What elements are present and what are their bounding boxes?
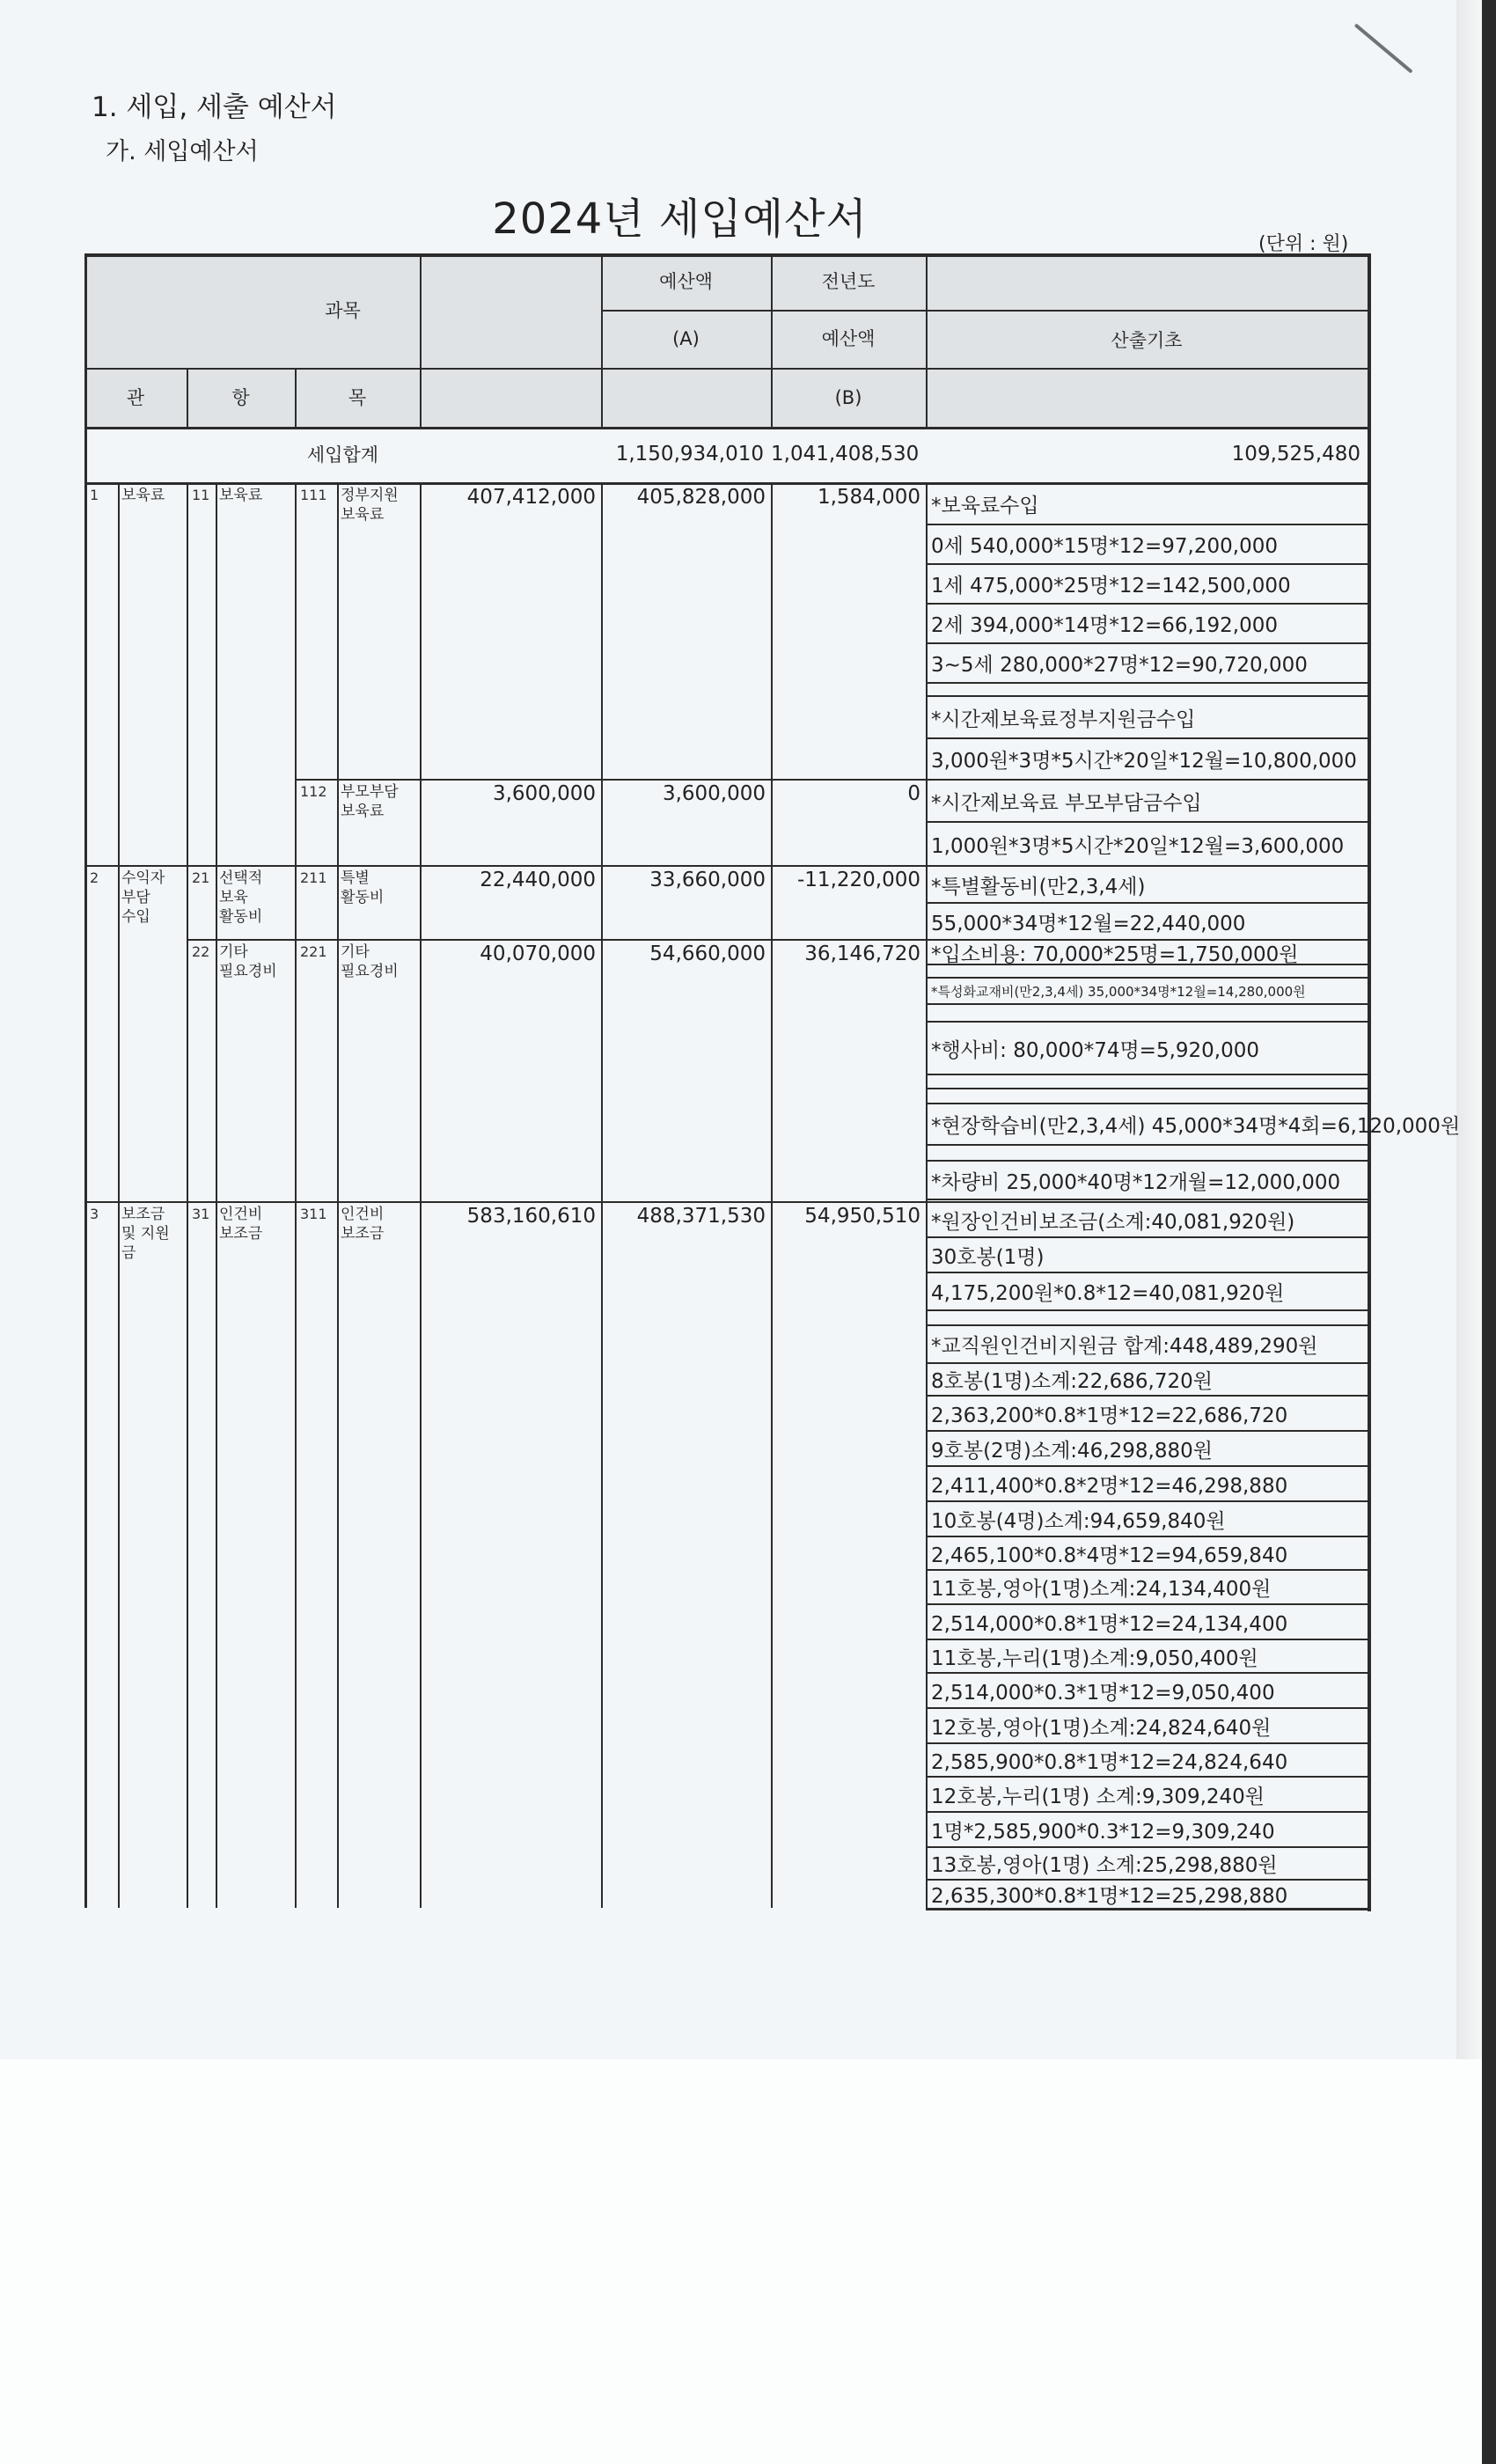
mok-budget: 407,412,000 [420,482,599,517]
basis-line: *행사비: 80,000*74명=5,920,000 [926,1021,1368,1074]
basis-line: *입소비용: 70,000*25명=1,750,000원 [926,939,1368,964]
basis-line: 12호봉,누리(1명) 소계:9,309,240원 [926,1776,1368,1811]
mok-prev-budget: 3,600,000 [601,779,769,814]
table-rule [84,427,1368,429]
table-rule [771,482,773,1908]
basis-line: *원장인건비보조금(소계:40,081,920원) [926,1201,1368,1236]
basis-line: 4,175,200원*0.8*12=40,081,920원 [926,1272,1368,1309]
table-rule [771,253,773,427]
hang-name: 선택적 보육 활동비 [216,865,295,944]
table-rule [295,482,297,1908]
table-rule [295,368,297,427]
hang-code: 11 [187,482,216,517]
basis-line: *시간제보육료정부지원금수입 [926,695,1368,737]
basis-line: *보육료수입 [926,482,1368,524]
table-rule [118,482,120,1908]
header-prev-year: 전년도 [771,253,926,310]
basis-line [926,964,1368,977]
basis-line: 1세 475,000*25명*12=142,500,000 [926,563,1368,603]
table-rule [187,482,188,1908]
total-budget: 1,150,934,010 [601,427,767,482]
basis-line: 2,465,100*0.8*4명*12=94,659,840 [926,1536,1368,1569]
basis-line [926,1088,1368,1103]
mok-name: 인건비 보조금 [337,1201,420,1263]
mok-code: 221 [295,939,337,974]
mok-budget: 22,440,000 [420,865,599,900]
basis-line: *시간제보육료 부모부담금수입 [926,779,1368,821]
basis-line: 3,000원*3명*5시간*20일*12월=10,800,000 [926,737,1368,779]
basis-line: 1명*2,585,900*0.3*12=9,309,240 [926,1811,1368,1846]
table-rule [187,368,188,427]
basis-line: *특별활동비(만2,3,4세) [926,865,1368,902]
table-rule [295,779,926,781]
mok-code: 211 [295,865,337,900]
total-prev: 1,041,408,530 [771,427,922,482]
basis-line: 13호봉,영아(1명) 소계:25,298,880원 [926,1846,1368,1879]
header-budget: 예산액 [601,253,771,310]
header-hang: 항 [187,368,295,427]
header-mok: 목 [295,368,420,427]
basis-line: 0세 540,000*15명*12=97,200,000 [926,524,1368,563]
basis-line: 2,635,300*0.8*1명*12=25,298,880 [926,1879,1368,1908]
mok-prev-budget: 33,660,000 [601,865,769,900]
basis-line: 2세 394,000*14명*12=66,192,000 [926,603,1368,642]
table-rule [601,482,603,1908]
hang-code: 31 [187,1201,216,1236]
basis-line [926,1074,1368,1088]
basis-line: 9호봉(2명)소계:46,298,880원 [926,1430,1368,1465]
mok-prev-budget: 405,828,000 [601,482,769,517]
table-rule [84,482,86,1908]
mok-name: 특별 활동비 [337,865,420,927]
mok-budget: 583,160,610 [420,1201,599,1236]
table-rule [420,253,422,427]
table-rule [84,1201,926,1203]
basis-line: 8호봉(1명)소계:22,686,720원 [926,1362,1368,1395]
header-budget-a: (A) [601,310,771,368]
mok-name: 부모부담 보육료 [337,779,420,840]
basis-line: *차량비 25,000*40명*12개월=12,000,000 [926,1160,1368,1199]
header-gwan: 관 [84,368,187,427]
basis-line [926,1309,1368,1324]
basis-line: 55,000*34명*12월=22,440,000 [926,902,1368,939]
mok-code: 112 [295,779,337,814]
mok-diff: 36,146,720 [771,939,924,974]
gwan-name: 보육료 [118,482,187,561]
table-rule [420,482,422,1908]
revenue-budget-table: 과목예산액(A)전년도예산액(B)증감、(A-B)산출기초관항목세입합계1,15… [0,0,1496,2464]
table-rule [84,368,1368,370]
mok-budget: 40,070,000 [420,939,599,974]
basis-line: 3~5세 280,000*27명*12=90,720,000 [926,642,1368,682]
table-rule [601,310,1368,312]
mok-diff: 0 [771,779,924,814]
header-prev-budget: 예산액 [771,310,926,368]
total-diff: 109,525,480 [926,427,1364,482]
basis-line: 30호봉(1명) [926,1236,1368,1272]
basis-line: *현장학습비(만2,3,4세) 45,000*34명*4회=6,120,000원 [926,1103,1368,1144]
basis-line: 2,363,200*0.8*1명*12=22,686,720 [926,1395,1368,1430]
mok-diff: 54,950,510 [771,1201,924,1236]
basis-line: *특성화교재비(만2,3,4세) 35,000*34명*12월=14,280,0… [926,977,1368,1003]
gwan-name: 보조금 및 지원 금 [118,1201,187,1280]
header-subject: 과목 [84,253,601,368]
mok-name: 정부지원 보육료 [337,482,420,544]
mok-prev-budget: 488,371,530 [601,1201,769,1236]
mok-budget: 3,600,000 [420,779,599,814]
mok-diff: 1,584,000 [771,482,924,517]
hang-code: 21 [187,865,216,900]
mok-prev-budget: 54,660,000 [601,939,769,974]
basis-line [926,1144,1368,1160]
mok-code: 111 [295,482,337,517]
basis-line: 2,514,000*0.8*1명*12=24,134,400 [926,1603,1368,1639]
basis-line: 1,000원*3명*5시간*20일*12월=3,600,000 [926,821,1368,865]
table-rule [216,482,217,1908]
gwan-code: 3 [84,1201,118,1236]
table-rule [926,253,928,427]
basis-line: 10호봉(4명)소계:94,659,840원 [926,1500,1368,1536]
basis-line: 2,585,900*0.8*1명*12=24,824,640 [926,1742,1368,1776]
basis-line: 2,514,000*0.3*1명*12=9,050,400 [926,1672,1368,1707]
table-rule [187,939,926,941]
header-prev-b: (B) [771,368,926,427]
hang-name: 인건비 보조금 [216,1201,295,1280]
mok-diff: -11,220,000 [771,865,924,900]
gwan-code: 1 [84,482,118,517]
basis-line: 11호봉,영아(1명)소계:24,134,400원 [926,1569,1368,1603]
basis-line [926,682,1368,695]
header-basis: 산출기초 [926,253,1368,427]
mok-code: 311 [295,1201,337,1236]
gwan-name: 수익자 부담 수입 [118,865,187,944]
mok-name: 기타 필요경비 [337,939,420,1001]
basis-line: 2,411,400*0.8*2명*12=46,298,880 [926,1465,1368,1500]
hang-name: 보육료 [216,482,295,561]
hang-name: 기타 필요경비 [216,939,295,1018]
table-right-rule [1368,253,1371,1911]
total-label: 세입합계 [84,427,601,482]
hang-code: 22 [187,939,216,974]
basis-line [926,1003,1368,1021]
basis-line: 11호봉,누리(1명)소계:9,050,400원 [926,1639,1368,1672]
gwan-code: 2 [84,865,118,900]
basis-line: 12호봉,영아(1명)소계:24,824,640원 [926,1707,1368,1742]
table-rule [601,253,603,427]
table-top-rule [84,253,1371,257]
basis-line: *교직원인건비지원금 합계:448,489,290원 [926,1324,1368,1362]
table-rule [337,482,339,1908]
basis-bottom-rule [926,1908,1368,1910]
table-rule [84,865,926,867]
